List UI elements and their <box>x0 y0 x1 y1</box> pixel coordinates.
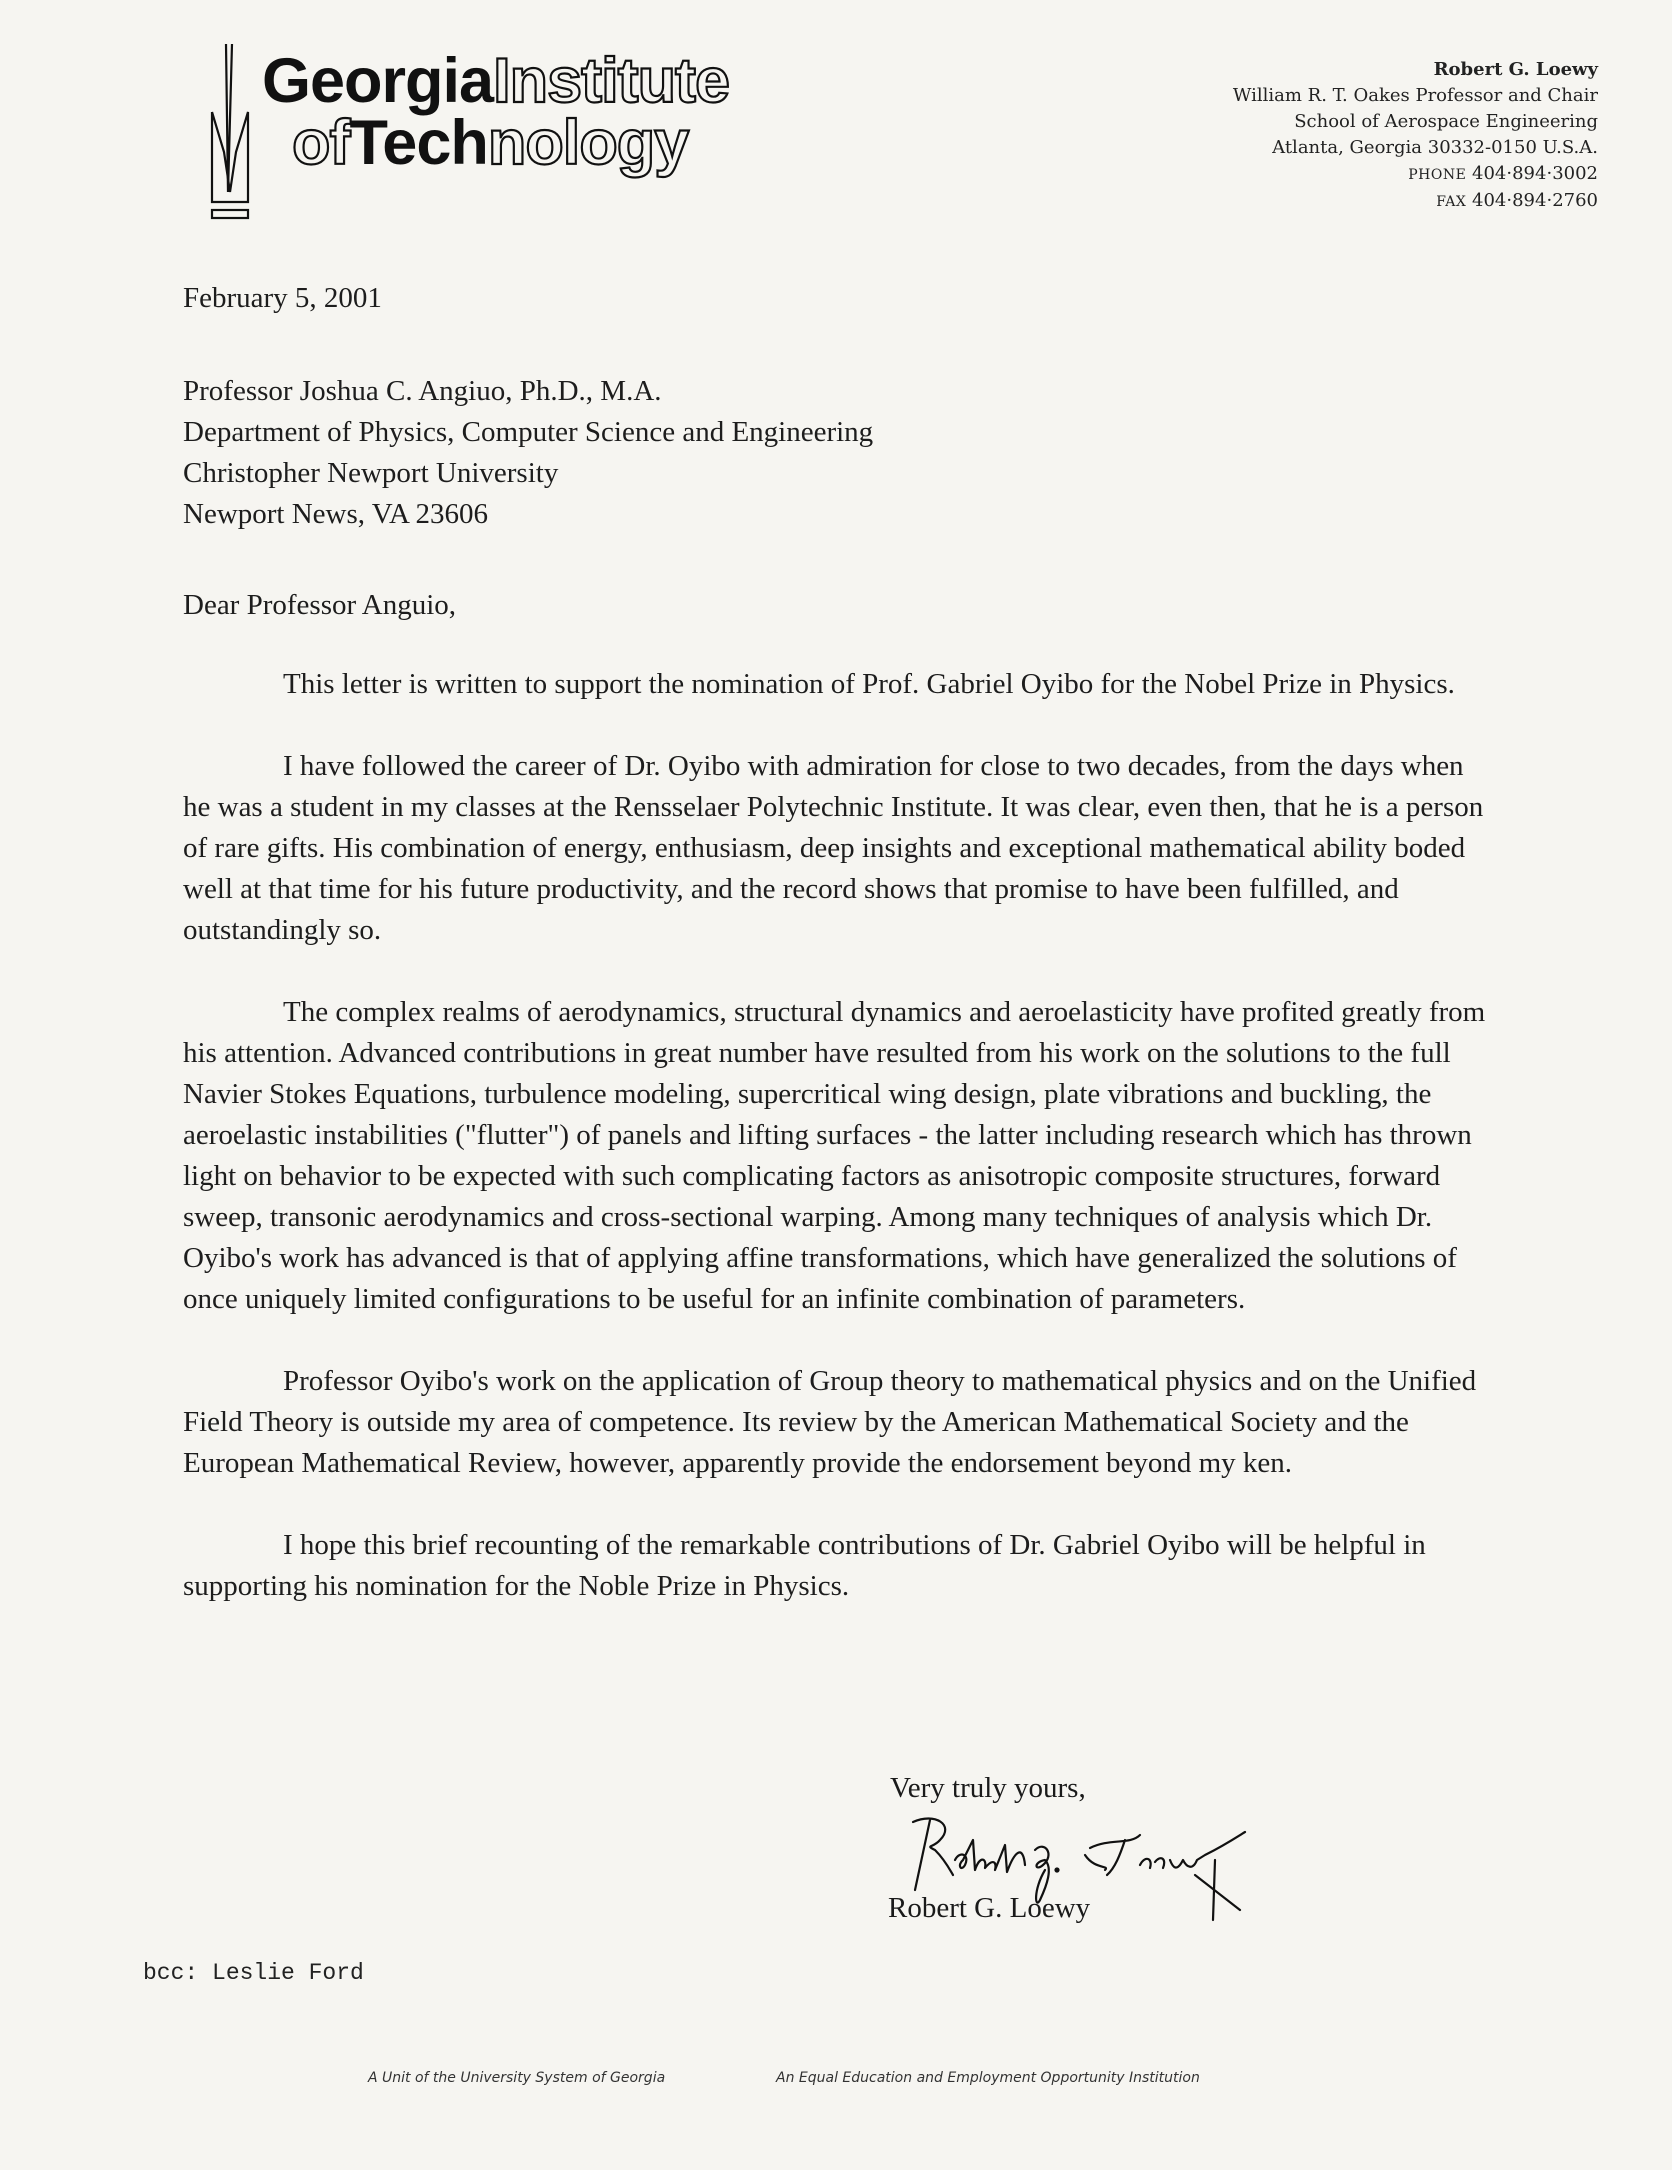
paragraph-1: This letter is written to support the no… <box>183 664 1493 705</box>
paragraph-3: The complex realms of aerodynamics, stru… <box>183 992 1493 1320</box>
phone-number: 404·894·3002 <box>1472 163 1598 184</box>
bcc-line: bcc: Leslie Ford <box>143 1960 364 1986</box>
letter-body: February 5, 2001 Professor Joshua C. Ang… <box>183 278 1513 1607</box>
logo-word-georgia: Georgia <box>262 46 493 116</box>
sender-department: School of Aerospace Engineering <box>1233 109 1598 135</box>
salutation: Dear Professor Anguio, <box>183 585 1513 626</box>
fax-label: FAX <box>1436 194 1466 210</box>
closing: Very truly yours, <box>890 1768 1086 1809</box>
logo-word-institute: Institute <box>493 46 729 116</box>
sender-address: Atlanta, Georgia 30332-0150 U.S.A. <box>1233 135 1598 161</box>
gt-spire-logo-icon <box>210 42 250 220</box>
paragraph-2: I have followed the career of Dr. Oyibo … <box>183 746 1493 951</box>
footer-equal-opportunity: An Equal Education and Employment Opport… <box>776 2070 1200 2086</box>
recipient-name: Professor Joshua C. Angiuo, Ph.D., M.A. <box>183 371 1513 412</box>
sender-contact-block: Robert G. Loewy William R. T. Oakes Prof… <box>1233 57 1598 215</box>
letter-date: February 5, 2001 <box>183 278 1513 319</box>
paragraph-4: Professor Oyibo's work on the applicatio… <box>183 1361 1493 1484</box>
recipient-institution: Christopher Newport University <box>183 453 1513 494</box>
sender-title: William R. T. Oakes Professor and Chair <box>1233 83 1598 109</box>
phone-label: PHONE <box>1408 167 1466 183</box>
paragraph-5: I hope this brief recounting of the rema… <box>183 1525 1493 1607</box>
recipient-department: Department of Physics, Computer Science … <box>183 412 1513 453</box>
sender-fax-line: FAX 404·894·2760 <box>1233 188 1598 215</box>
fax-number: 404·894·2760 <box>1472 190 1598 211</box>
logo-word-nology: nology <box>488 108 688 178</box>
sender-phone-line: PHONE 404·894·3002 <box>1233 161 1598 188</box>
sender-name: Robert G. Loewy <box>1233 57 1598 83</box>
logo-word-of: of <box>292 108 349 178</box>
logo-word-tech: Tech <box>349 108 487 178</box>
signer-name: Robert G. Loewy <box>888 1892 1090 1925</box>
footer-university-system: A Unit of the University System of Georg… <box>368 2070 665 2086</box>
recipient-address: Professor Joshua C. Angiuo, Ph.D., M.A. … <box>183 371 1513 535</box>
institution-logo-wordmark: GeorgiaInstitute ofTechnology <box>262 50 729 174</box>
recipient-city: Newport News, VA 23606 <box>183 494 1513 535</box>
